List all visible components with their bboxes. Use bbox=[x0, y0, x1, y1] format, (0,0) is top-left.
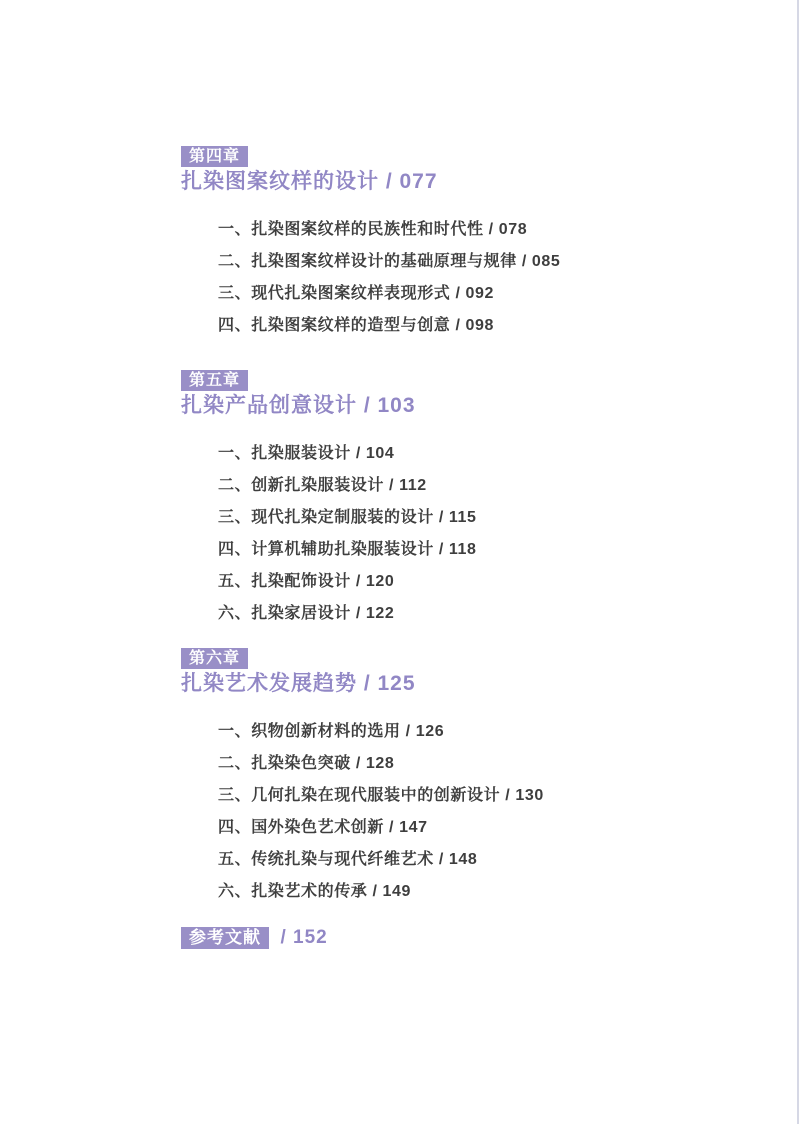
toc-item: 二、创新扎染服装设计 / 112 bbox=[218, 470, 661, 502]
page-edge-line bbox=[797, 0, 799, 1124]
references-row: 参考文献 / 152 bbox=[181, 927, 328, 949]
chapter-title: 扎染产品创意设计 / 103 bbox=[181, 394, 661, 418]
toc-page: 第四章 扎染图案纹样的设计 / 077 一、扎染图案纹样的民族性和时代性 / 0… bbox=[0, 0, 800, 1124]
chapter-section-6: 第六章 扎染艺术发展趋势 / 125 一、织物创新材料的选用 / 126 二、扎… bbox=[181, 648, 661, 908]
toc-item: 一、织物创新材料的选用 / 126 bbox=[218, 716, 661, 748]
chapter-badge: 第六章 bbox=[181, 648, 248, 669]
toc-item: 三、几何扎染在现代服装中的创新设计 / 130 bbox=[218, 780, 661, 812]
chapter-title: 扎染艺术发展趋势 / 125 bbox=[181, 672, 661, 696]
chapter-item-list: 一、扎染图案纹样的民族性和时代性 / 078 二、扎染图案纹样设计的基础原理与规… bbox=[218, 214, 661, 342]
toc-item: 四、国外染色艺术创新 / 147 bbox=[218, 812, 661, 844]
toc-item: 二、扎染染色突破 / 128 bbox=[218, 748, 661, 780]
chapter-section-5: 第五章 扎染产品创意设计 / 103 一、扎染服装设计 / 104 二、创新扎染… bbox=[181, 370, 661, 630]
toc-item: 六、扎染家居设计 / 122 bbox=[218, 598, 661, 630]
toc-item: 五、扎染配饰设计 / 120 bbox=[218, 566, 661, 598]
chapter-badge: 第五章 bbox=[181, 370, 248, 391]
chapter-title: 扎染图案纹样的设计 / 077 bbox=[181, 170, 661, 194]
chapter-badge: 第四章 bbox=[181, 146, 248, 167]
chapter-item-list: 一、织物创新材料的选用 / 126 二、扎染染色突破 / 128 三、几何扎染在… bbox=[218, 716, 661, 908]
toc-item: 五、传统扎染与现代纤维艺术 / 148 bbox=[218, 844, 661, 876]
toc-item: 四、扎染图案纹样的造型与创意 / 098 bbox=[218, 310, 661, 342]
chapter-item-list: 一、扎染服装设计 / 104 二、创新扎染服装设计 / 112 三、现代扎染定制… bbox=[218, 438, 661, 630]
toc-item: 三、现代扎染图案纹样表现形式 / 092 bbox=[218, 278, 661, 310]
toc-item: 三、现代扎染定制服装的设计 / 115 bbox=[218, 502, 661, 534]
toc-item: 四、计算机辅助扎染服装设计 / 118 bbox=[218, 534, 661, 566]
toc-item: 一、扎染图案纹样的民族性和时代性 / 078 bbox=[218, 214, 661, 246]
references-badge: 参考文献 bbox=[181, 927, 269, 949]
references-page-number: / 152 bbox=[280, 927, 327, 949]
chapter-section-4: 第四章 扎染图案纹样的设计 / 077 一、扎染图案纹样的民族性和时代性 / 0… bbox=[181, 146, 661, 342]
toc-item: 二、扎染图案纹样设计的基础原理与规律 / 085 bbox=[218, 246, 661, 278]
toc-item: 一、扎染服装设计 / 104 bbox=[218, 438, 661, 470]
toc-item: 六、扎染艺术的传承 / 149 bbox=[218, 876, 661, 908]
